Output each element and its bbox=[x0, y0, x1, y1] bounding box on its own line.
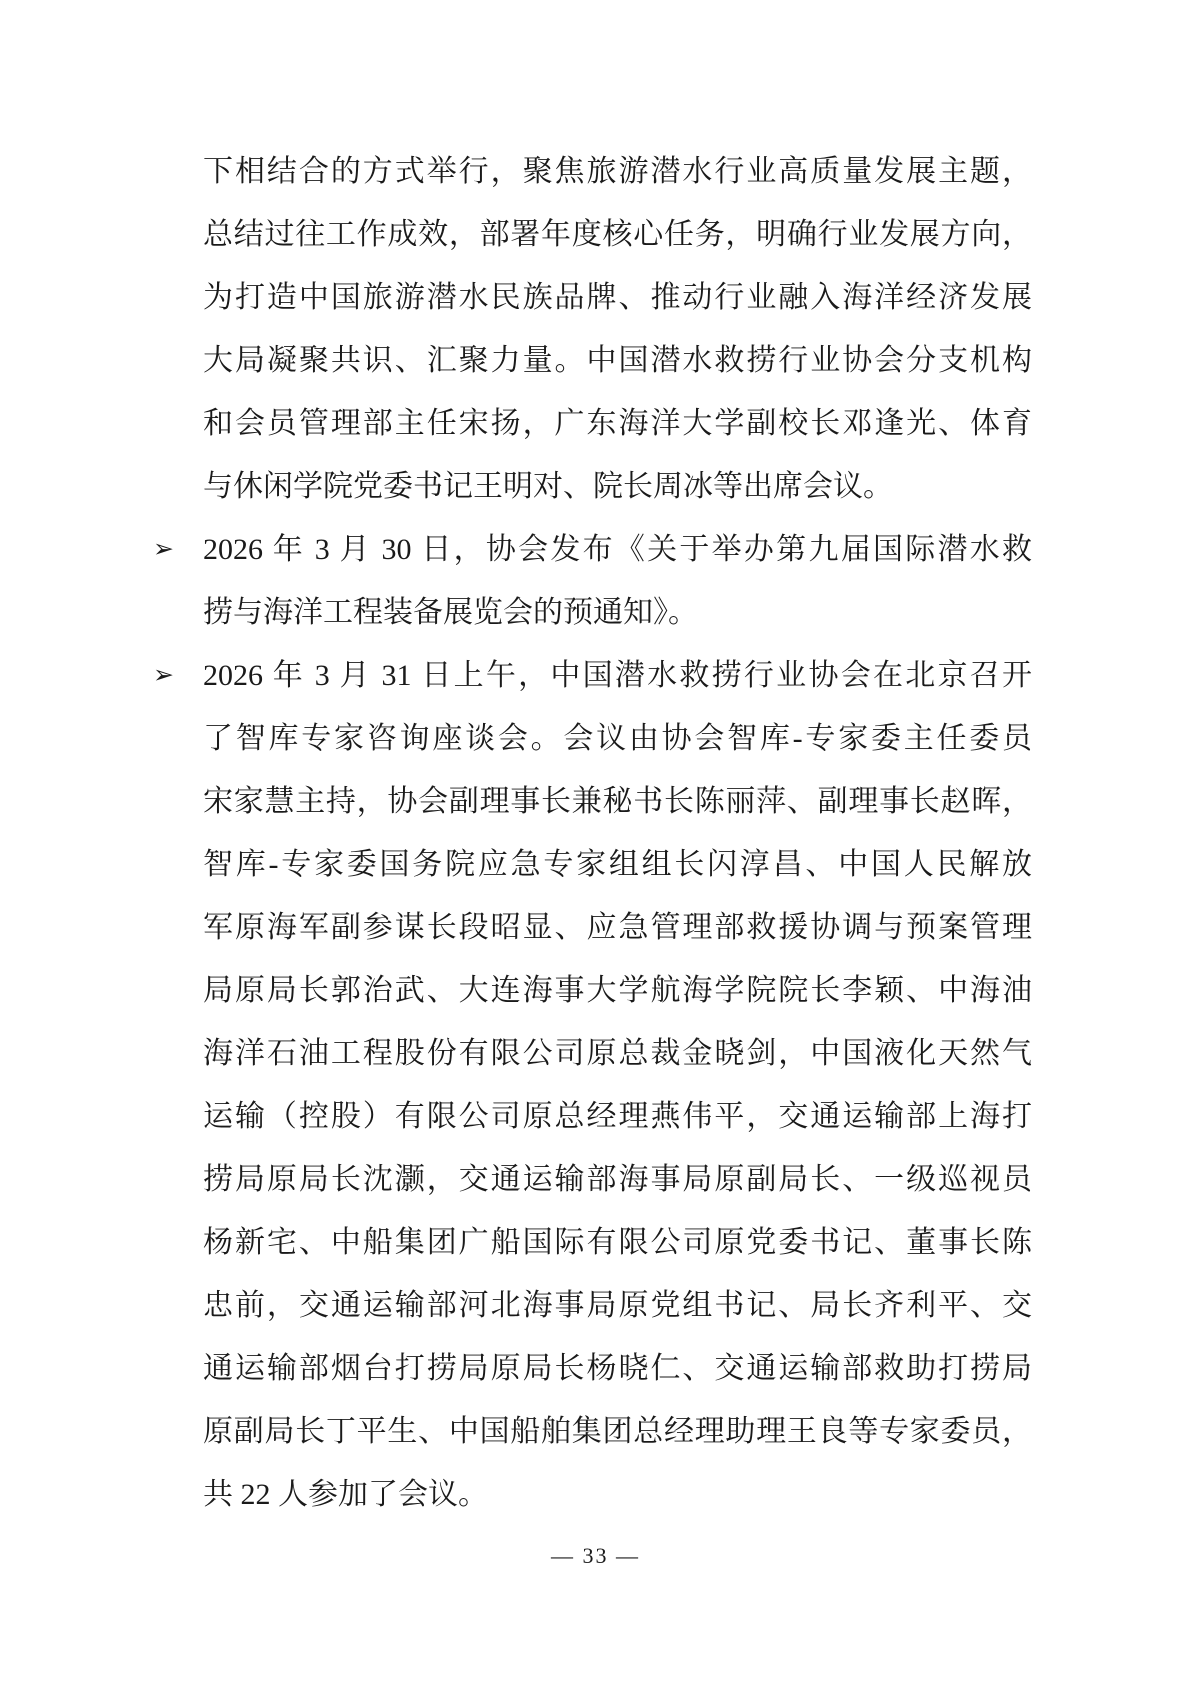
text-line: 和会员管理部主任宋扬，广东海洋大学副校长邓逢光、体育 bbox=[203, 392, 1032, 455]
text-line: 军原海军副参谋长段昭显、应急管理部救援协调与预案管理 bbox=[203, 896, 1032, 959]
line-text: 共 22 人参加了会议。 bbox=[203, 1478, 488, 1511]
text-line: 与休闲学院党委书记王明对、院长周冰等出席会议。 bbox=[203, 455, 1032, 518]
text-line: 原副局长丁平生、中国船舶集团总经理助理王良等专家委员， bbox=[203, 1400, 1032, 1463]
text-line: 捞局原局长沈灏，交通运输部海事局原副局长、一级巡视员 bbox=[203, 1148, 1032, 1211]
line-text: 与休闲学院党委书记王明对、院长周冰等出席会议。 bbox=[203, 470, 893, 503]
text-line: 共 22 人参加了会议。 bbox=[203, 1463, 1032, 1526]
line-text: 忠前，交通运输部河北海事局原党组书记、局长齐利平、交 bbox=[203, 1289, 1032, 1322]
line-text: 杨新宅、中船集团广船国际有限公司原党委书记、董事长陈 bbox=[203, 1226, 1032, 1259]
line-text: 智库-专家委国务院应急专家组组长闪淳昌、中国人民解放 bbox=[203, 848, 1032, 881]
line-text: 海洋石油工程股份有限公司原总裁金晓剑，中国液化天然气 bbox=[203, 1037, 1032, 1070]
line-text: 为打造中国旅游潜水民族品牌、推动行业融入海洋经济发展 bbox=[203, 281, 1032, 314]
document-page: 下相结合的方式举行，聚焦旅游潜水行业高质量发展主题，总结过往工作成效，部署年度核… bbox=[0, 0, 1191, 1684]
document-body: 下相结合的方式举行，聚焦旅游潜水行业高质量发展主题，总结过往工作成效，部署年度核… bbox=[203, 140, 1032, 1526]
text-line: 忠前，交通运输部河北海事局原党组书记、局长齐利平、交 bbox=[203, 1274, 1032, 1337]
bullet-line: ➢2026 年 3 月 30 日，协会发布《关于举办第九届国际潜水救 bbox=[203, 518, 1032, 581]
text-line: 通运输部烟台打捞局原局长杨晓仁、交通运输部救助打捞局 bbox=[203, 1337, 1032, 1400]
line-text: 下相结合的方式举行，聚焦旅游潜水行业高质量发展主题， bbox=[203, 155, 1032, 188]
text-line: 局原局长郭治武、大连海事大学航海学院院长李颖、中海油 bbox=[203, 959, 1032, 1022]
text-line: 智库-专家委国务院应急专家组组长闪淳昌、中国人民解放 bbox=[203, 833, 1032, 896]
line-text: 大局凝聚共识、汇聚力量。中国潜水救捞行业协会分支机构 bbox=[203, 344, 1032, 377]
line-text: 运输（控股）有限公司原总经理燕伟平，交通运输部上海打 bbox=[203, 1100, 1032, 1133]
line-text: 军原海军副参谋长段昭显、应急管理部救援协调与预案管理 bbox=[203, 911, 1032, 944]
text-line: 捞与海洋工程装备展览会的预通知》。 bbox=[203, 581, 1032, 644]
text-line: 了智库专家咨询座谈会。会议由协会智库-专家委主任委员 bbox=[203, 707, 1032, 770]
text-line: 为打造中国旅游潜水民族品牌、推动行业融入海洋经济发展 bbox=[203, 266, 1032, 329]
text-line: 杨新宅、中船集团广船国际有限公司原党委书记、董事长陈 bbox=[203, 1211, 1032, 1274]
line-text: 和会员管理部主任宋扬，广东海洋大学副校长邓逢光、体育 bbox=[203, 407, 1032, 440]
line-text: 2026 年 3 月 31 日上午，中国潜水救捞行业协会在北京召开 bbox=[203, 659, 1032, 692]
text-line: 宋家慧主持，协会副理事长兼秘书长陈丽萍、副理事长赵晖， bbox=[203, 770, 1032, 833]
bullet-line: ➢2026 年 3 月 31 日上午，中国潜水救捞行业协会在北京召开 bbox=[203, 644, 1032, 707]
line-text: 宋家慧主持，协会副理事长兼秘书长陈丽萍、副理事长赵晖， bbox=[203, 785, 1032, 818]
text-line: 运输（控股）有限公司原总经理燕伟平，交通运输部上海打 bbox=[203, 1085, 1032, 1148]
line-text: 捞与海洋工程装备展览会的预通知》。 bbox=[203, 596, 698, 629]
page-number: — 33 — bbox=[0, 1543, 1191, 1569]
line-text: 通运输部烟台打捞局原局长杨晓仁、交通运输部救助打捞局 bbox=[203, 1352, 1032, 1385]
text-line: 下相结合的方式举行，聚焦旅游潜水行业高质量发展主题， bbox=[203, 140, 1032, 203]
line-text: 2026 年 3 月 30 日，协会发布《关于举办第九届国际潜水救 bbox=[203, 533, 1032, 566]
bullet-arrow-icon: ➢ bbox=[153, 644, 174, 707]
text-line: 海洋石油工程股份有限公司原总裁金晓剑，中国液化天然气 bbox=[203, 1022, 1032, 1085]
line-text: 局原局长郭治武、大连海事大学航海学院院长李颖、中海油 bbox=[203, 974, 1032, 1007]
line-text: 总结过往工作成效，部署年度核心任务，明确行业发展方向， bbox=[203, 218, 1032, 251]
line-text: 捞局原局长沈灏，交通运输部海事局原副局长、一级巡视员 bbox=[203, 1163, 1032, 1196]
bullet-arrow-icon: ➢ bbox=[153, 518, 174, 581]
line-text: 原副局长丁平生、中国船舶集团总经理助理王良等专家委员， bbox=[203, 1415, 1032, 1448]
line-text: 了智库专家咨询座谈会。会议由协会智库-专家委主任委员 bbox=[203, 722, 1032, 755]
text-line: 总结过往工作成效，部署年度核心任务，明确行业发展方向， bbox=[203, 203, 1032, 266]
text-line: 大局凝聚共识、汇聚力量。中国潜水救捞行业协会分支机构 bbox=[203, 329, 1032, 392]
